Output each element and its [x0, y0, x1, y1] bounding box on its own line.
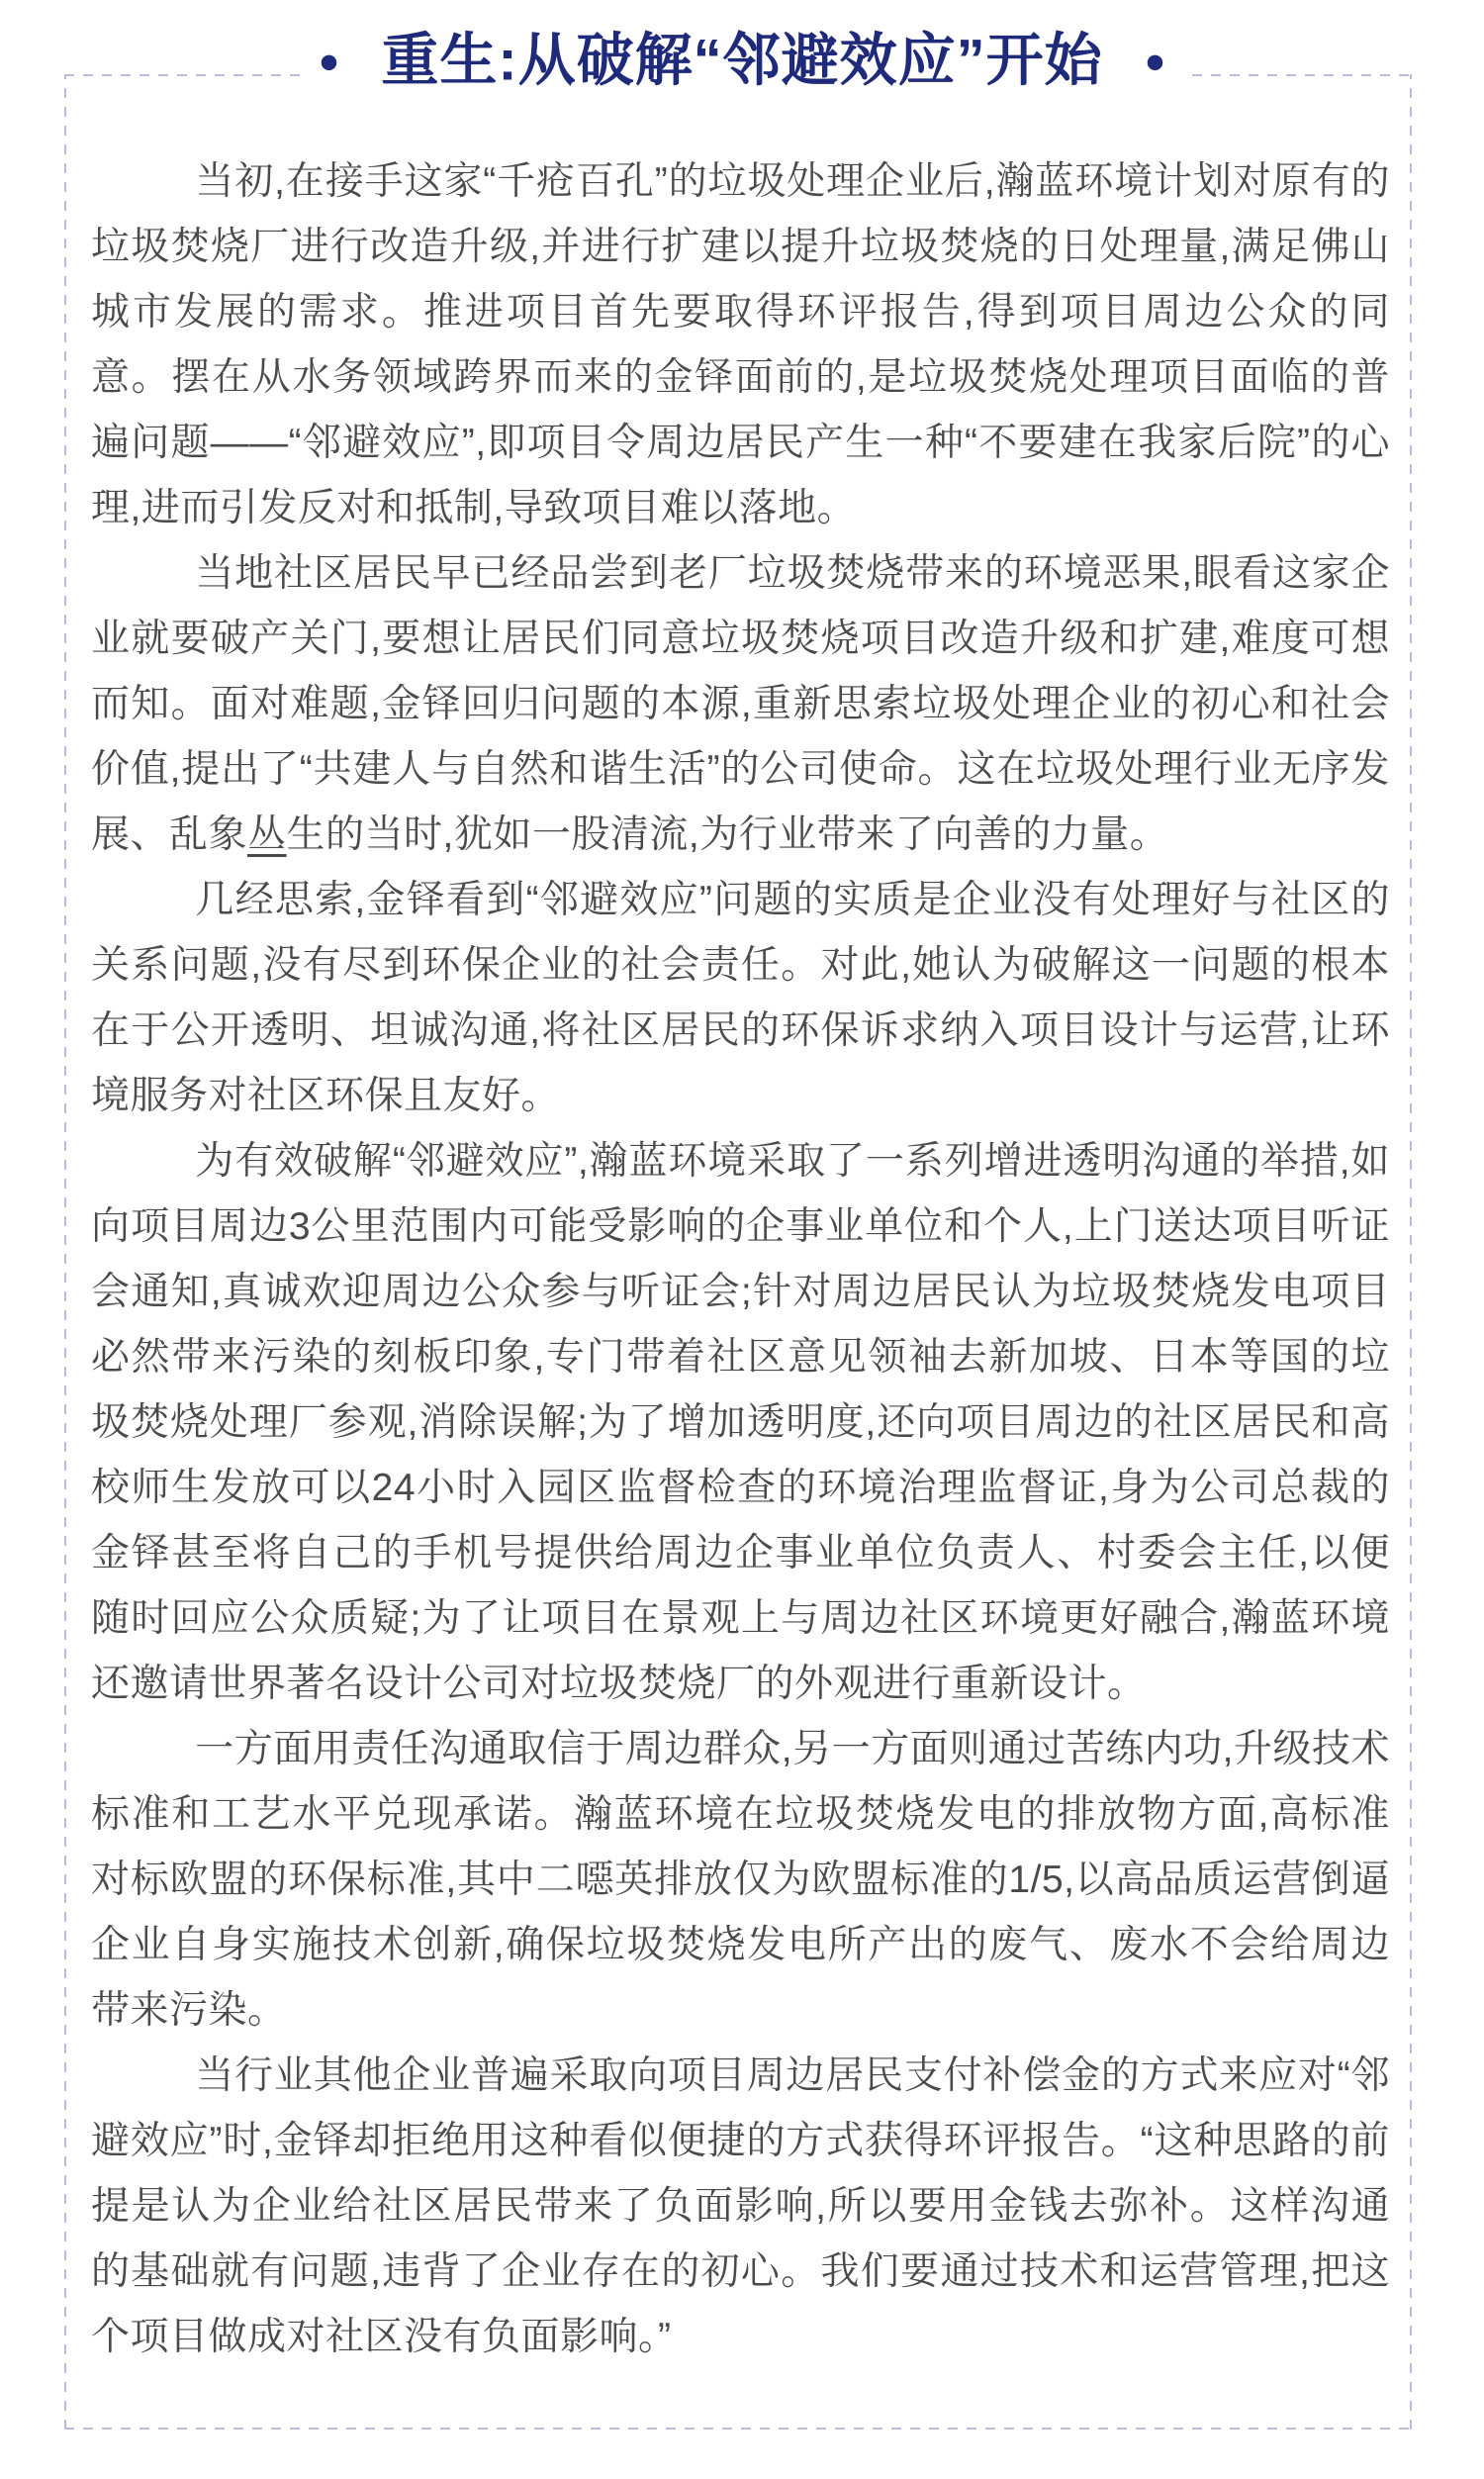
text-run: 生的当时,犹如一股清流,为行业带来了向善的力量。	[287, 813, 1169, 856]
paragraph: 为有效破解“邻避效应”,瀚蓝环境采取了一系列增进透明沟通的举措,如向项目周边3公…	[91, 1129, 1390, 1717]
title-bullet-left-icon: ●	[319, 44, 340, 79]
text-run: 一方面用责任沟通取信于周边群众,另一方面则通过苦练内功,升级技术标准和工艺水平兑…	[91, 1728, 1390, 2032]
page: ● 重生:从破解“邻避效应”开始 ● 当初,在接手这家“千疮百孔”的垃圾处理企业…	[0, 0, 1484, 2479]
paragraph: 当行业其他企业普遍采取向项目周边居民支付补偿金的方式来应对“邻避效应”时,金铎却…	[91, 2044, 1390, 2370]
page-title: 重生:从破解“邻避效应”开始	[381, 29, 1102, 95]
article-body: 当初,在接手这家“千疮百孔”的垃圾处理企业后,瀚蓝环境计划对原有的垃圾焚烧厂进行…	[64, 74, 1412, 2370]
text-run: 为有效破解“邻避效应”,瀚蓝环境采取了一系列增进透明沟通的举措,如向项目周边3公…	[91, 1140, 1390, 1705]
text-run: 当地社区居民早已经品尝到老厂垃圾焚烧带来的环境恶果,眼看这家企业就要破产关门,要…	[91, 552, 1390, 856]
underlined-text: 丛	[247, 813, 287, 856]
text-run: 几经思索,金铎看到“邻避效应”问题的实质是企业没有处理好与社区的关系问题,没有尽…	[91, 879, 1390, 1117]
text-run: 当初,在接手这家“千疮百孔”的垃圾处理企业后,瀚蓝环境计划对原有的垃圾焚烧厂进行…	[91, 160, 1390, 529]
paragraph: 当初,在接手这家“千疮百孔”的垃圾处理企业后,瀚蓝环境计划对原有的垃圾焚烧厂进行…	[91, 149, 1390, 541]
paragraph: 当地社区居民早已经品尝到老厂垃圾焚烧带来的环境恶果,眼看这家企业就要破产关门,要…	[91, 541, 1390, 868]
dashed-frame: 当初,在接手这家“千疮百孔”的垃圾处理企业后,瀚蓝环境计划对原有的垃圾焚烧厂进行…	[64, 74, 1412, 2430]
text-run: 当行业其他企业普遍采取向项目周边居民支付补偿金的方式来应对“邻避效应”时,金铎却…	[91, 2054, 1390, 2358]
article-title: ● 重生:从破解“邻避效应”开始 ●	[301, 29, 1184, 95]
paragraph: 一方面用责任沟通取信于周边群众,另一方面则通过苦练内功,升级技术标准和工艺水平兑…	[91, 1717, 1390, 2044]
paragraph: 几经思索,金铎看到“邻避效应”问题的实质是企业没有处理好与社区的关系问题,没有尽…	[91, 868, 1390, 1129]
title-bullet-right-icon: ●	[1145, 44, 1166, 79]
